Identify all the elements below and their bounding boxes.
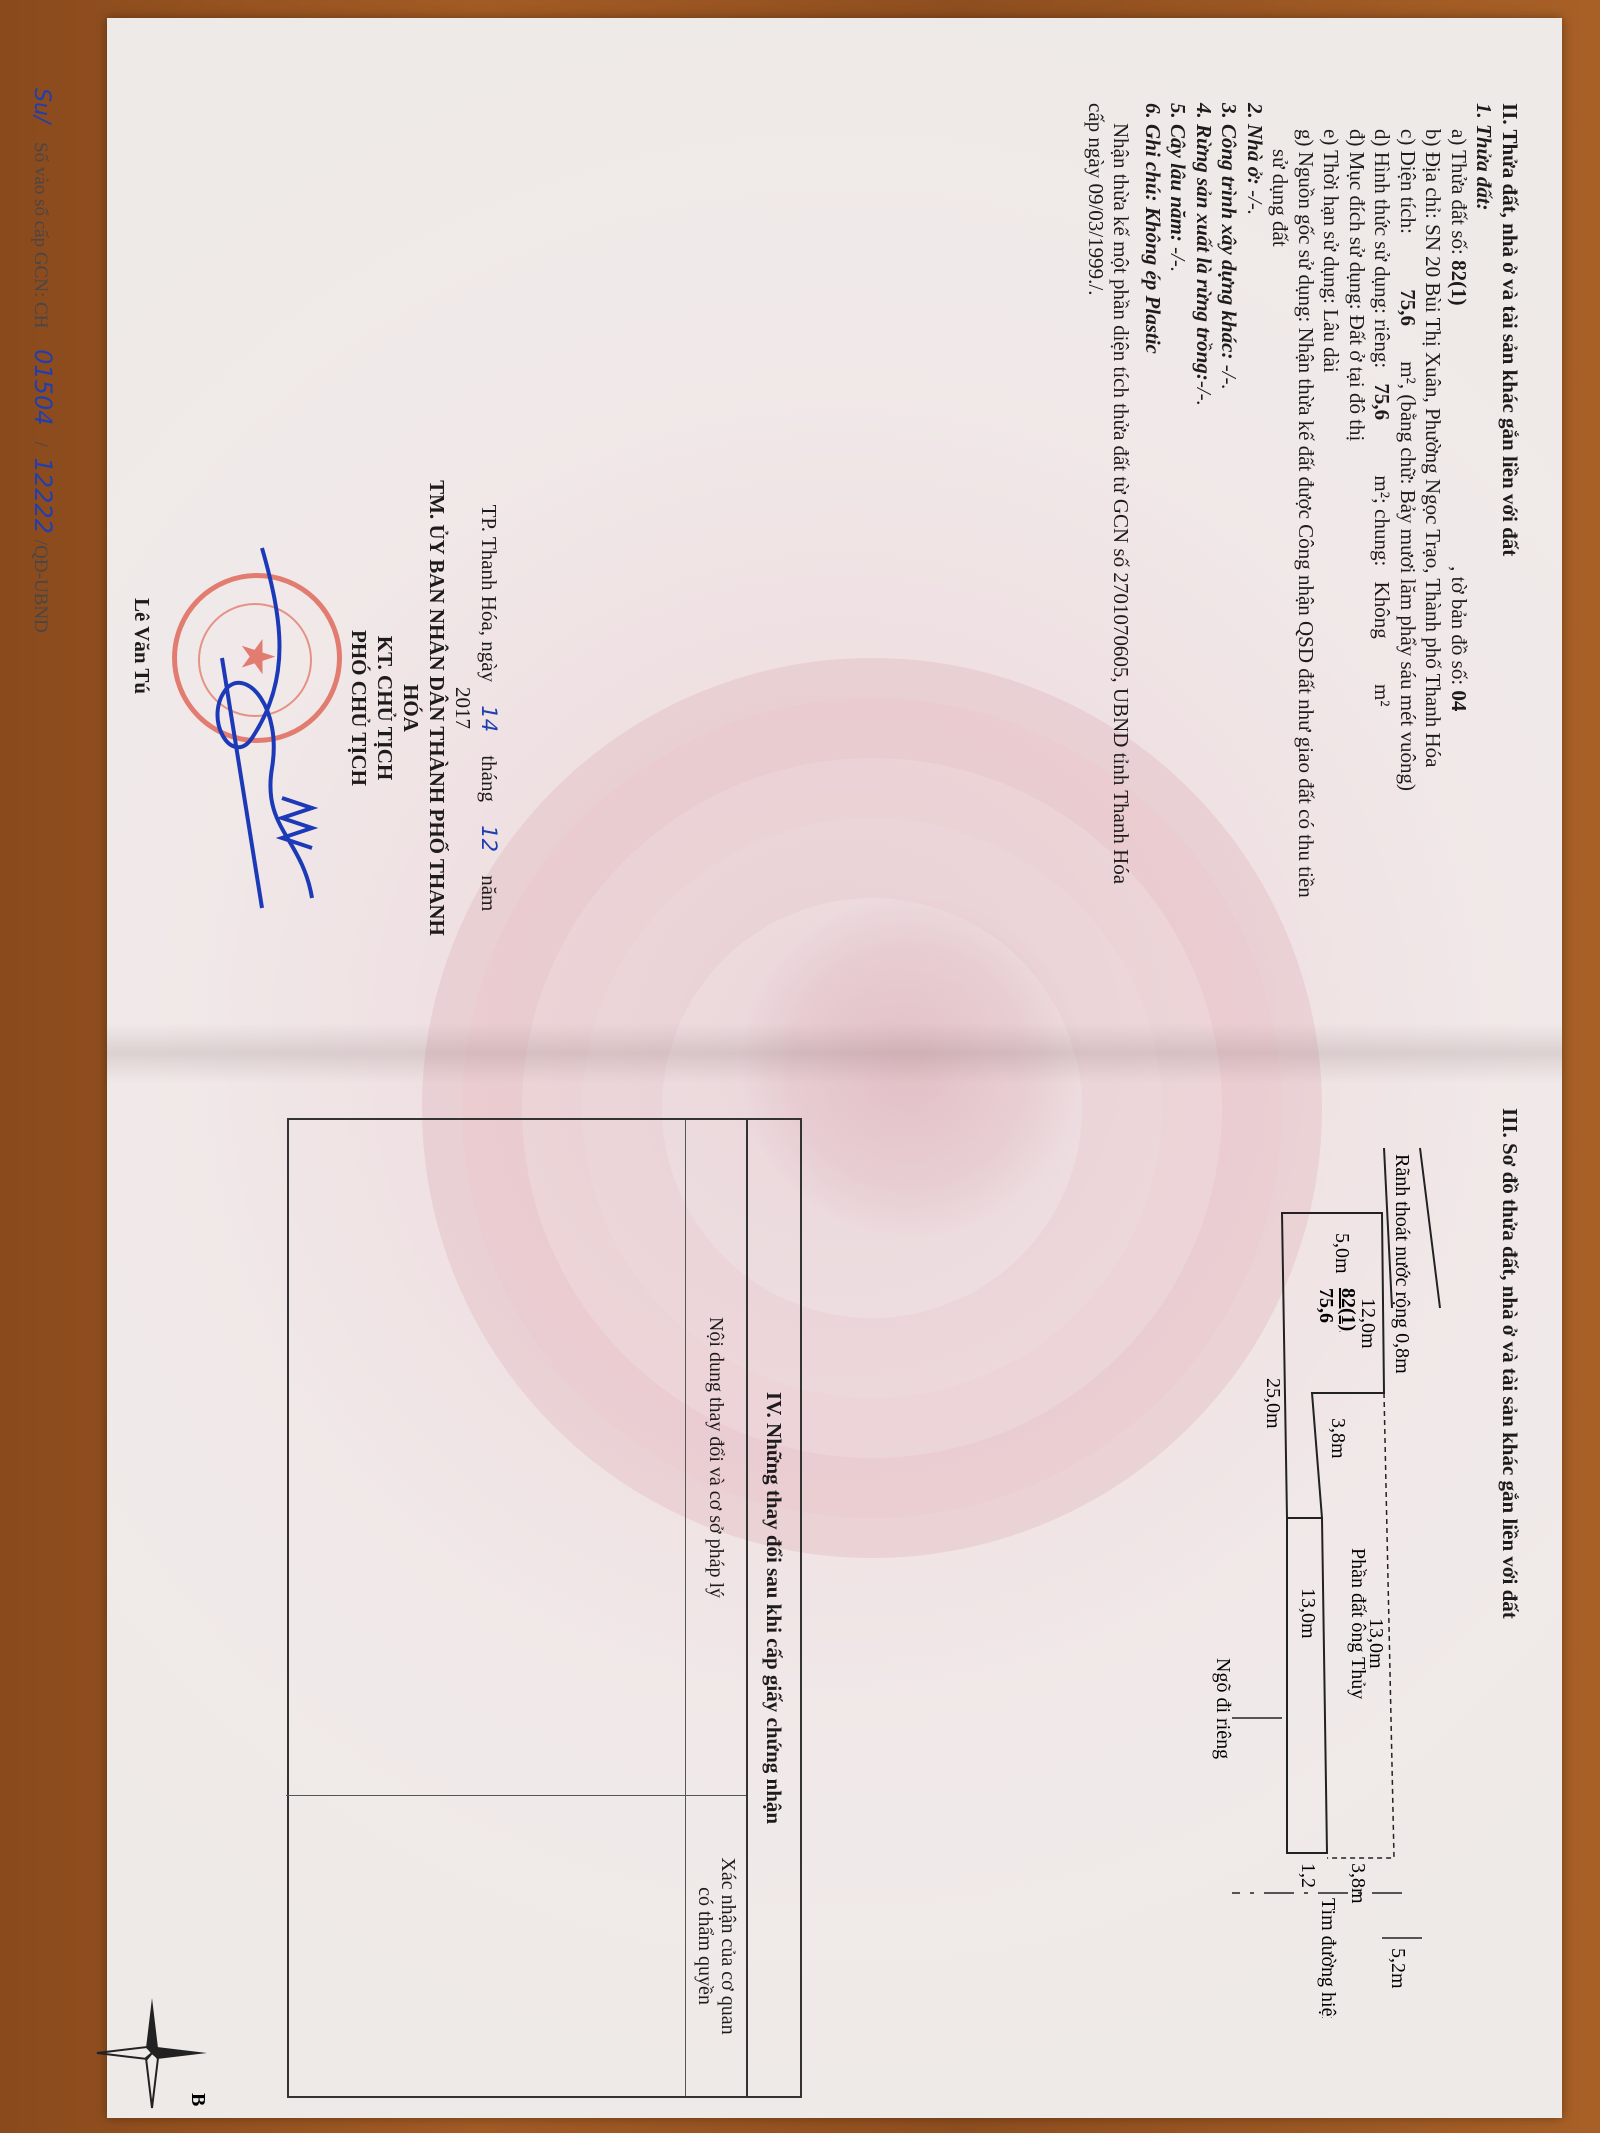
section-2: II. Thửa đất, nhà ở và tài sản khác gắn …: [1083, 103, 1523, 1023]
map-sheet-number: 04: [1447, 690, 1471, 711]
svg-text:1,2: 1,2: [1297, 1863, 1319, 1888]
change-content-cell: [286, 1120, 685, 1796]
col-authority-confirmation: Xác nhận của cơ quan có thẩm quyền: [686, 1796, 746, 2096]
decision-number: 12222: [29, 458, 57, 534]
address: SN 20 Bùi Thị Xuân, Phường Ngọc Trạo, Th…: [1422, 224, 1446, 767]
svg-text:25,0m: 25,0m: [1262, 1378, 1284, 1429]
purpose-row: đ) Mục đích sử dụng: Đất ở tại đô thị: [1344, 103, 1370, 1023]
document-stage: II. Thửa đất, nhà ở và tài sản khác gắn …: [0, 0, 1600, 2133]
month-handwritten: 12: [477, 825, 501, 852]
origin-row-cont: sử dụng đất: [1267, 103, 1293, 1023]
svg-text:3,8m: 3,8m: [1347, 1863, 1369, 1904]
note-line-1: Nhận thừa kế một phần diện tích thửa đất…: [1108, 103, 1134, 1023]
svg-text:75,6: 75,6: [1315, 1288, 1337, 1323]
house-row: 2. Nhà ở: -/-.: [1242, 103, 1268, 1023]
signer-role: PHÓ CHỦ TỊCH: [346, 498, 372, 918]
parcel-number-row: a) Thửa đất số: 82(1) , tờ bản đồ số: 04: [1446, 103, 1472, 1023]
registry-line: Su/ Số vào sổ cấp GCN: CH 01504/ 12222/Q…: [29, 88, 57, 633]
perennial-row: 5. Cây lâu năm: -/-.: [1165, 103, 1191, 1023]
signature-block: TP. Thanh Hóa, ngày 14 tháng 12 năm 2017…: [346, 498, 502, 918]
section-2-title: II. Thửa đất, nhà ở và tài sản khác gắn …: [1497, 103, 1523, 1023]
registry-initials: Su/: [29, 88, 54, 123]
svg-text:5,0m: 5,0m: [1331, 1233, 1353, 1274]
svg-text:Rãnh thoát nước rộng 0,8m: Rãnh thoát nước rộng 0,8m: [1391, 1154, 1413, 1374]
issuing-org: TM. ỦY BAN NHÂN DÂN THÀNH PHỐ THANH HÓA: [398, 458, 450, 958]
changes-table-header: Nội dung thay đổi và cơ sở pháp lý Xác n…: [685, 1120, 746, 2096]
place-date: TP. Thanh Hóa, ngày 14 tháng 12 năm 2017: [450, 498, 502, 918]
parcel-plan: Rãnh thoát nước rộng 0,8m 5,0m 82(1) 75,…: [942, 1118, 1462, 2018]
registry-number: 01504: [29, 349, 57, 425]
parcel-number: 82(1): [1447, 260, 1471, 306]
usage-form-row: d) Hình thức sử dụng: riêng: 75,6 m²; ch…: [1369, 103, 1395, 1023]
svg-text:13,0m: 13,0m: [1365, 1618, 1387, 1669]
svg-text:5,2m: 5,2m: [1387, 1948, 1409, 1989]
note-line-2: cấp ngày 09/03/1999./.: [1083, 103, 1109, 1023]
svg-text:B: B: [187, 2093, 209, 2106]
page-fold: [107, 1023, 1562, 1083]
handwritten-signature: [182, 538, 322, 918]
term-row: e) Thời hạn sử dụng: Lâu dài: [1318, 103, 1344, 1023]
area-value: 75,6: [1396, 289, 1420, 326]
parcel-heading: 1. Thửa đất:: [1471, 103, 1497, 1023]
day-handwritten: 14: [477, 705, 501, 732]
changes-table-body: [286, 1120, 685, 2096]
certificate-sheet: II. Thửa đất, nhà ở và tài sản khác gắn …: [107, 18, 1562, 2118]
signer-name: Lê Văn Tú: [129, 598, 154, 694]
section-3-title: III. Sơ đồ thửa đất, nhà ở và tài sản kh…: [1497, 1108, 1522, 1619]
shared-area: Không: [1371, 582, 1395, 639]
svg-text:Tim đường hiện trạng: Tim đường hiện trạng: [1317, 1898, 1339, 2018]
changes-table: IV. Những thay đổi sau khi cấp giấy chứn…: [287, 1118, 802, 2098]
svg-text:3,8m: 3,8m: [1327, 1418, 1349, 1459]
address-row: b) Địa chỉ: SN 20 Bùi Thị Xuân, Phường N…: [1420, 103, 1446, 1023]
construction-row: 3. Công trình xây dựng khác: -/-.: [1216, 103, 1242, 1023]
private-area: 75,6: [1371, 383, 1395, 420]
svg-text:Ngõ đi riêng: Ngõ đi riêng: [1212, 1658, 1234, 1759]
north-arrow-icon: B: [92, 1993, 212, 2113]
section-4-title: IV. Những thay đổi sau khi cấp giấy chứn…: [746, 1120, 800, 2096]
svg-text:82(1): 82(1): [1337, 1288, 1359, 1331]
kt-title: KT. CHỦ TỊCH: [372, 498, 398, 918]
area-row: c) Diện tích: 75,6 m², (bằng chữ: Bảy mư…: [1395, 103, 1421, 1023]
authority-cell: [286, 1796, 685, 2096]
svg-text:12,0m: 12,0m: [1357, 1298, 1379, 1349]
svg-text:13,0m: 13,0m: [1297, 1588, 1319, 1639]
origin-row: g) Nguồn gốc sử dụng: Nhận thừa kế đất đ…: [1293, 103, 1319, 1023]
col-change-content: Nội dung thay đổi và cơ sở pháp lý: [686, 1120, 746, 1796]
note-heading: 6. Ghi chú: Không ép Plastic: [1140, 103, 1166, 1023]
forest-row: 4. Rừng sản xuất là rừng trồng:-/-.: [1191, 103, 1217, 1023]
